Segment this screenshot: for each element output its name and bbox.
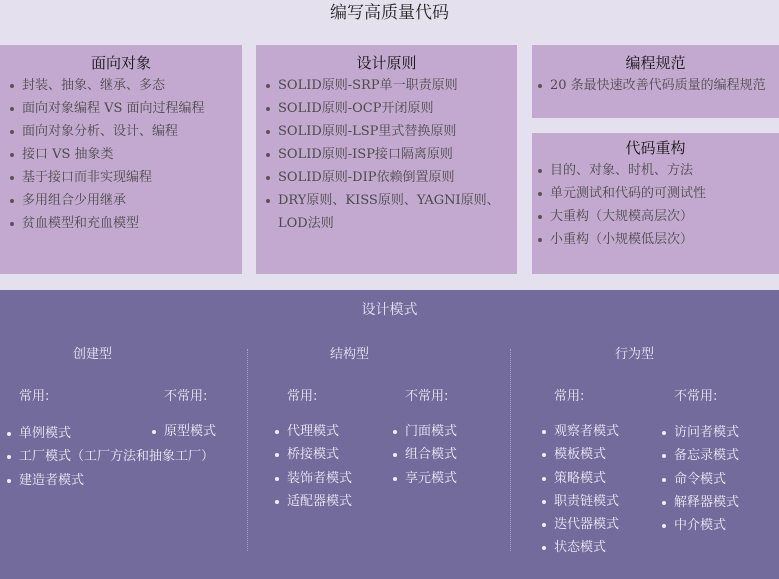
list-item: SOLID原则-OCP开闭原则 <box>264 97 517 120</box>
design-patterns-title: 设计模式 <box>0 300 779 320</box>
pattern-item: 建造者模式 <box>5 469 214 492</box>
design-principles-title: 设计原则 <box>256 45 517 74</box>
pattern-item: 状态模式 <box>540 536 619 559</box>
list-item-continuation: LOD法则 <box>264 212 517 235</box>
list-item: SOLID原则-DIP依赖倒置原则 <box>264 166 517 189</box>
list-item: 大重构（大规模高层次） <box>536 205 779 228</box>
pattern-item: 访问者模式 <box>660 421 739 444</box>
pattern-item: 桥接模式 <box>273 443 352 466</box>
list-item: 单元测试和代码的可测试性 <box>536 182 779 205</box>
coding-standards-list: 20 条最快速改善代码质量的编程规范 <box>532 74 779 97</box>
pattern-item: 观察者模式 <box>540 420 619 443</box>
pattern-item: 迭代器模式 <box>540 513 619 536</box>
design-patterns-band: 设计模式 创建型 常用: 不常用: 单例模式 工厂模式（工厂方法和抽象工厂） 建… <box>0 290 779 579</box>
object-oriented-list: 封装、抽象、继承、多态 面向对象编程 VS 面向过程编程 面向对象分析、设计、编… <box>0 74 242 235</box>
structural-uncommon-label: 不常用: <box>405 388 448 406</box>
refactoring-list: 目的、对象、时机、方法 单元测试和代码的可测试性 大重构（大规模高层次） 小重构… <box>532 159 779 251</box>
list-item: SOLID原则-LSP里式替换原则 <box>264 120 517 143</box>
pattern-item: 中介模式 <box>660 514 739 537</box>
list-item: 接口 VS 抽象类 <box>8 143 242 166</box>
pattern-item: 组合模式 <box>391 443 457 466</box>
behavioral-uncommon-label: 不常用: <box>674 388 717 406</box>
list-item: DRY原则、KISS原则、YAGNI原则、 <box>264 189 517 212</box>
structural-common-list: 代理模式 桥接模式 装饰者模式 适配器模式 <box>273 420 352 513</box>
column-divider <box>247 349 248 551</box>
diagram-title: 编写高质量代码 <box>0 0 779 30</box>
creational-uncommon-list: 原型模式 <box>150 420 216 443</box>
pattern-item: 享元模式 <box>391 467 457 490</box>
object-oriented-title: 面向对象 <box>0 45 242 74</box>
behavioral-title: 行为型 <box>615 346 695 364</box>
design-principles-list: SOLID原则-SRP单一职责原则 SOLID原则-OCP开闭原则 SOLID原… <box>256 74 517 235</box>
pattern-item: 解释器模式 <box>660 491 739 514</box>
list-item: 小重构（小规模低层次） <box>536 228 779 251</box>
pattern-item: 代理模式 <box>273 420 352 443</box>
list-item: 多用组合少用继承 <box>8 189 242 212</box>
column-divider <box>510 349 511 551</box>
coding-standards-title: 编程规范 <box>532 45 779 74</box>
creational-common-label: 常用: <box>19 388 49 406</box>
list-item: 目的、对象、时机、方法 <box>536 159 779 182</box>
list-item: 封装、抽象、继承、多态 <box>8 74 242 97</box>
behavioral-common-list: 观察者模式 模板模式 策略模式 职责链模式 迭代器模式 状态模式 <box>540 420 619 560</box>
pattern-item: 策略模式 <box>540 467 619 490</box>
design-principles-box: 设计原则 SOLID原则-SRP单一职责原则 SOLID原则-OCP开闭原则 S… <box>256 45 517 274</box>
structural-title: 结构型 <box>330 346 410 364</box>
list-item: 面向对象分析、设计、编程 <box>8 120 242 143</box>
pattern-item: 门面模式 <box>391 420 457 443</box>
list-item: 贫血模型和充血模型 <box>8 212 242 235</box>
structural-common-label: 常用: <box>287 388 317 406</box>
list-item: 面向对象编程 VS 面向过程编程 <box>8 97 242 120</box>
behavioral-uncommon-list: 访问者模式 备忘录模式 命令模式 解释器模式 中介模式 <box>660 421 739 537</box>
pattern-item: 备忘录模式 <box>660 444 739 467</box>
coding-standards-box: 编程规范 20 条最快速改善代码质量的编程规范 <box>532 45 779 118</box>
pattern-item: 适配器模式 <box>273 490 352 513</box>
pattern-item: 工厂模式（工厂方法和抽象工厂） <box>5 445 214 468</box>
list-item: SOLID原则-ISP接口隔离原则 <box>264 143 517 166</box>
refactoring-box: 代码重构 目的、对象、时机、方法 单元测试和代码的可测试性 大重构（大规模高层次… <box>532 133 779 274</box>
list-item: SOLID原则-SRP单一职责原则 <box>264 74 517 97</box>
behavioral-common-label: 常用: <box>554 388 584 406</box>
creational-uncommon-label: 不常用: <box>164 388 207 406</box>
list-item: 基于接口而非实现编程 <box>8 166 242 189</box>
creational-title: 创建型 <box>0 346 185 364</box>
pattern-item: 装饰者模式 <box>273 467 352 490</box>
object-oriented-box: 面向对象 封装、抽象、继承、多态 面向对象编程 VS 面向过程编程 面向对象分析… <box>0 45 242 274</box>
pattern-item: 职责链模式 <box>540 490 619 513</box>
refactoring-title: 代码重构 <box>532 133 779 159</box>
pattern-item: 模板模式 <box>540 443 619 466</box>
list-item: 20 条最快速改善代码质量的编程规范 <box>536 74 779 97</box>
structural-uncommon-list: 门面模式 组合模式 享元模式 <box>391 420 457 490</box>
pattern-item: 原型模式 <box>150 420 216 443</box>
pattern-item: 命令模式 <box>660 468 739 491</box>
